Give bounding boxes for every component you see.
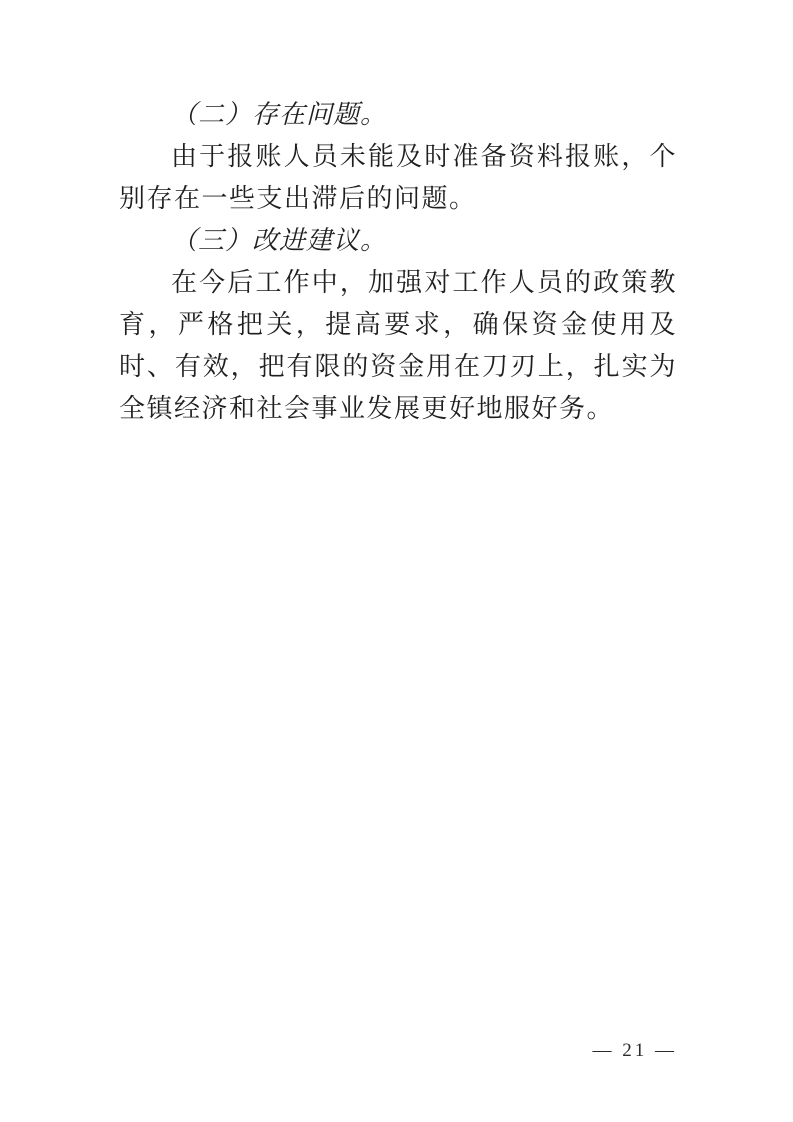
- section-paragraph-3: 在今后工作中，加强对工作人员的政策教育，严格把关，提高要求，确保资金使用及时、有…: [119, 262, 677, 430]
- document-page: （二）存在问题。 由于报账人员未能及时准备资料报账，个别存在一些支出滞后的问题。…: [0, 0, 793, 1122]
- section-paragraph-2: 由于报账人员未能及时准备资料报账，个别存在一些支出滞后的问题。: [119, 136, 677, 220]
- section-heading-3: （三）改进建议。: [119, 220, 677, 262]
- section-heading-2: （二）存在问题。: [119, 94, 677, 136]
- document-body: （二）存在问题。 由于报账人员未能及时准备资料报账，个别存在一些支出滞后的问题。…: [119, 94, 677, 430]
- page-number: — 21 —: [593, 1040, 678, 1062]
